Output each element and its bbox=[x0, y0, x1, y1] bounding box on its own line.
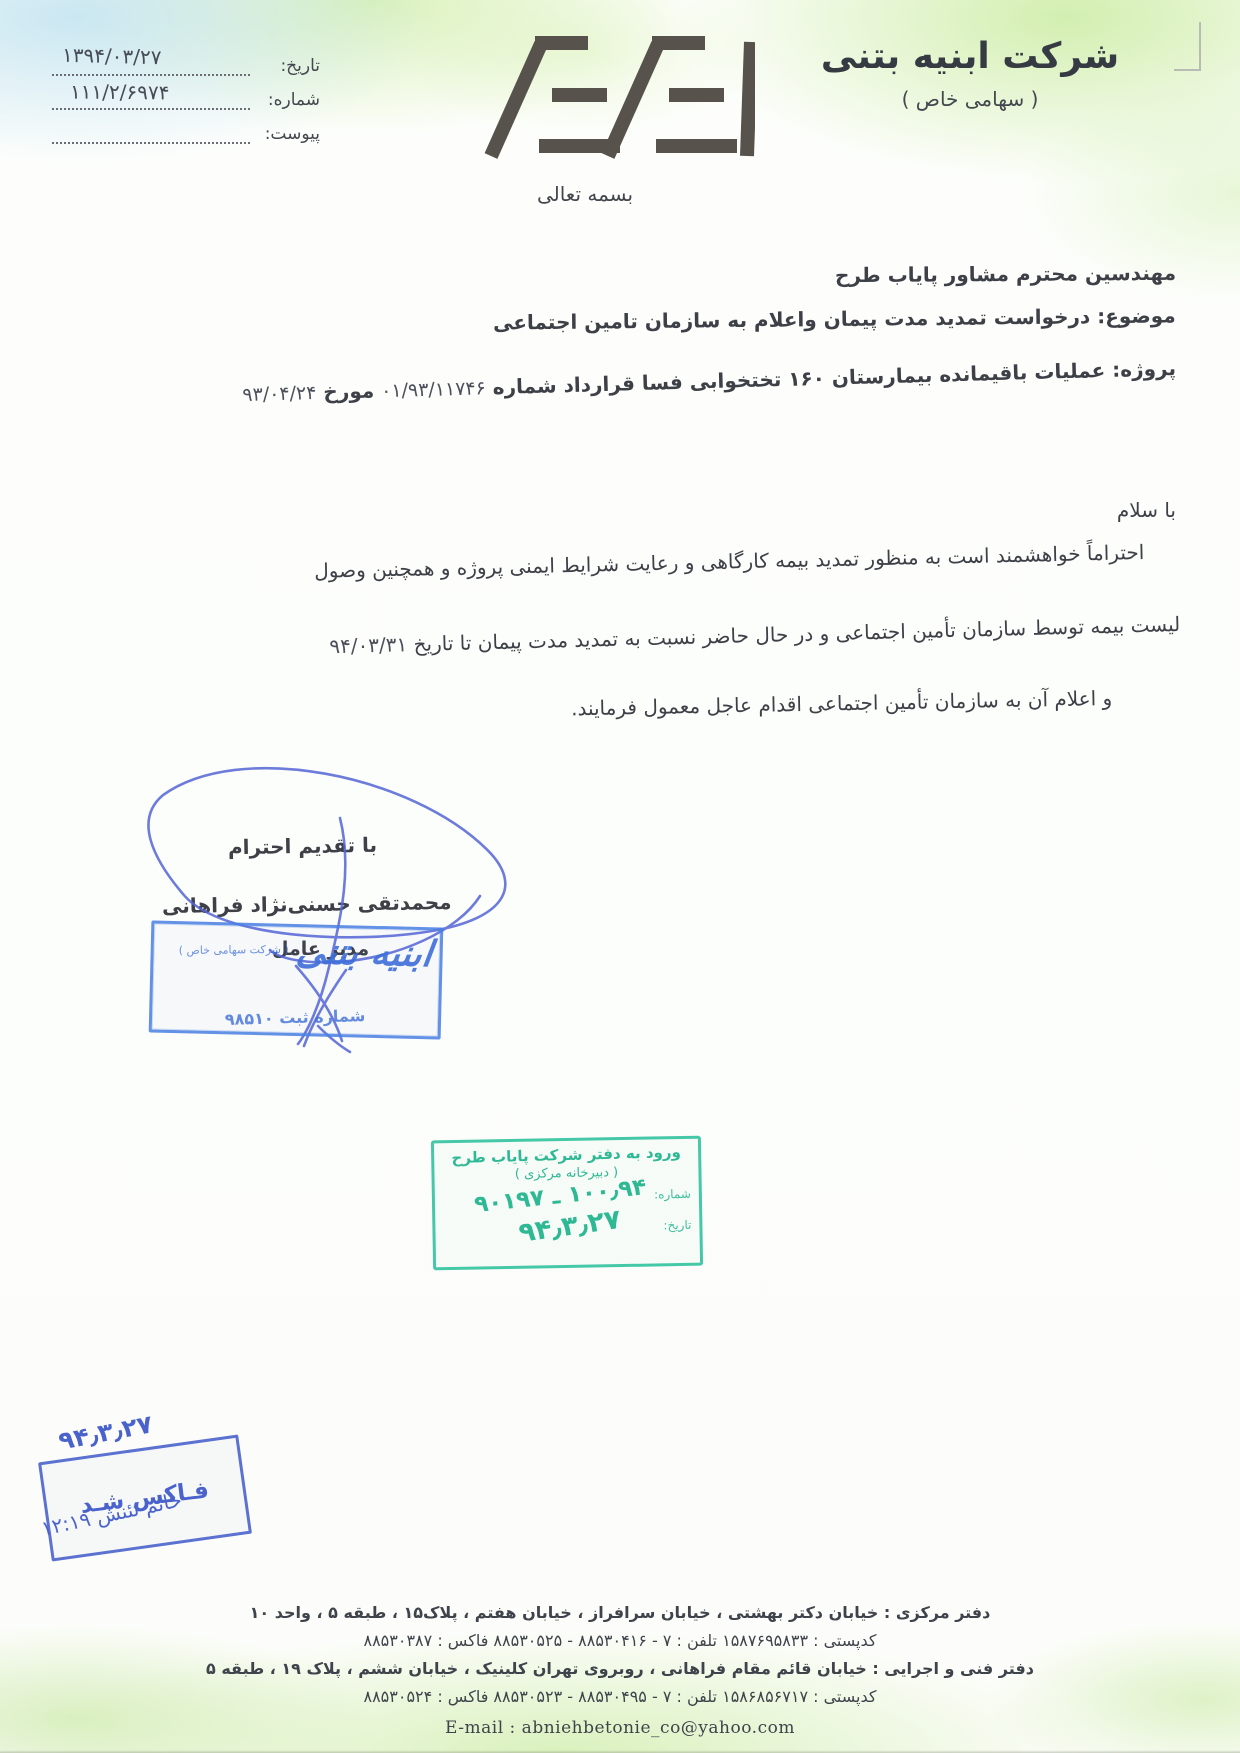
company-header: شرکت ابنیه بتنی ( سهامی خاص ) bbox=[780, 36, 1160, 111]
receipt-number-label: شماره: bbox=[647, 1187, 691, 1202]
receipt-stamp-number-row: شماره: ۱۰۰٫۹۴ ـ ۹۰۱۹۷ bbox=[443, 1181, 691, 1211]
footer-technical-contacts: کدپستی : ۱۵۸۶۸۵۶۷۱۷ تلفن : ۷ - ۸۸۵۳۰۴۹۵ … bbox=[0, 1687, 1240, 1706]
receipt-stamp-subtitle: ( دبیرخانه مرکزی ) bbox=[442, 1164, 690, 1183]
handwritten-contract-number: ۰۱/۹۳/۱۱۷۴۶ bbox=[381, 377, 486, 402]
salutation: با سلام bbox=[1117, 498, 1176, 522]
body-line-2: لیست بیمه توسط سازمان تأمین اجتماعی و در… bbox=[329, 612, 1181, 658]
signer-name: محمدتقی حسنی‌نژاد فراهانی bbox=[162, 890, 452, 918]
body-line-3: و اعلام آن به سازمان تأمین اجتماعی اقدام… bbox=[571, 686, 1113, 720]
footer-technical-office: دفتر فنی و اجرایی : خیابان قائم مقام فرا… bbox=[0, 1659, 1240, 1678]
closing-line: با تقدیم احترام bbox=[228, 833, 377, 860]
project-text: پروژه: عملیات باقیمانده بیمارستان ۱۶۰ تخ… bbox=[492, 356, 1176, 399]
company-stamp-registration: شماره ثبت ۹۸۵۱۰ bbox=[160, 1004, 430, 1031]
footer-email: E-mail : abniehbetonie_co@yahoo.com bbox=[0, 1718, 1240, 1738]
company-name: شرکت ابنیه بتنی bbox=[780, 36, 1160, 77]
recipient-line: مهندسین محترم مشاور پایاب طرح bbox=[835, 261, 1176, 287]
project-line: پروژه: عملیات باقیمانده بیمارستان ۱۶۰ تخ… bbox=[242, 356, 1176, 406]
scanned-letter-page: تاریخ: شماره: پیوست: ۱۳۹۴/۰۳/۲۷ ۱۱۱/۲/۶۹… bbox=[0, 0, 1240, 1753]
date-label: تاریخ: bbox=[256, 56, 320, 76]
footer-central-contacts: کدپستی : ۱۵۸۷۶۹۵۸۳۳ تلفن : ۷ - ۸۸۵۳۰۴۱۶ … bbox=[0, 1631, 1240, 1650]
handwritten-contract-date: ۹۳/۰۴/۲۴ bbox=[242, 382, 317, 406]
company-stamp-type: ( شرکت سهامی خاص ) bbox=[178, 943, 288, 957]
attachment-label: پیوست: bbox=[256, 124, 320, 144]
handwritten-letter-number: ۱۱۱/۲/۶۹۷۴ bbox=[70, 80, 170, 105]
handwritten-letter-date: ۱۳۹۴/۰۳/۲۷ bbox=[62, 43, 162, 70]
handwritten-extension-date: ۹۴/۰۳/۳۱ bbox=[329, 632, 408, 658]
letterhead-footer: دفتر مرکزی : خیابان دکتر بهشتی ، خیابان … bbox=[0, 1594, 1240, 1747]
dated-word: مورخ bbox=[323, 378, 375, 403]
number-label: شماره: bbox=[256, 90, 320, 110]
company-logo-icon bbox=[455, 32, 755, 167]
footer-central-office: دفتر مرکزی : خیابان دکتر بهشتی ، خیابان … bbox=[0, 1603, 1240, 1622]
attachment-dotted-line bbox=[52, 118, 250, 144]
company-stamp-top: ابنیه بتنی ( شرکت سهامی خاص ) bbox=[161, 928, 432, 976]
body-line-1: احتراماً خواهشمند است به منظور تمدید بیم… bbox=[314, 540, 1145, 583]
scan-corner-fold bbox=[1170, 18, 1240, 92]
company-stamp: ابنیه بتنی ( شرکت سهامی خاص ) شماره ثبت … bbox=[149, 920, 444, 1039]
receipt-date-label: تاریخ: bbox=[647, 1217, 691, 1232]
meta-attachment-row: پیوست: bbox=[52, 110, 320, 144]
body-line-2-text: لیست بیمه توسط سازمان تأمین اجتماعی و در… bbox=[413, 612, 1180, 656]
subject-line: موضوع: درخواست تمدید مدت پیمان واعلام به… bbox=[493, 303, 1176, 334]
company-type: ( سهامی خاص ) bbox=[780, 87, 1160, 111]
receipt-stamp: ورود به دفتر شرکت پایاب طرح ( دبیرخانه م… bbox=[431, 1136, 703, 1271]
company-stamp-name: ابنیه بتنی bbox=[294, 931, 435, 975]
company-logo bbox=[455, 32, 755, 171]
bismillah-line: بسمه تعالی bbox=[440, 182, 730, 206]
